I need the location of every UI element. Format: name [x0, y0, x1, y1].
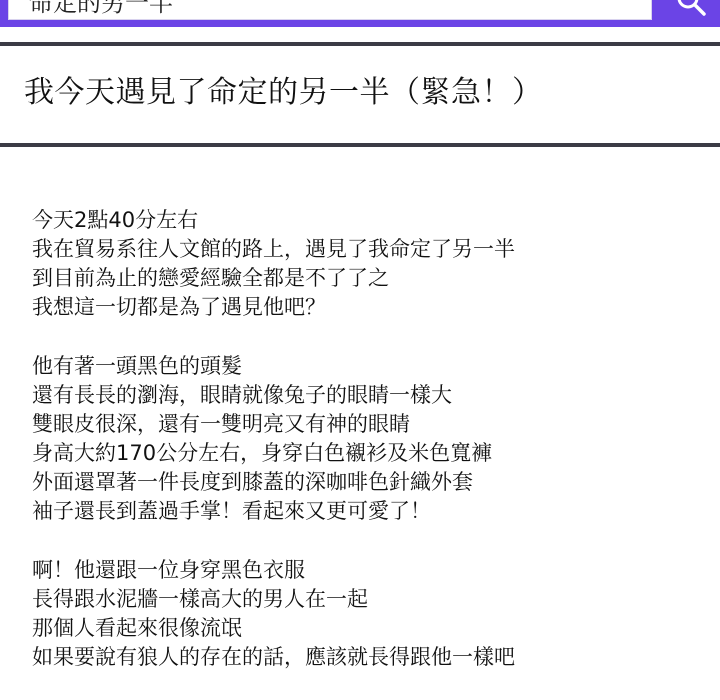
divider-bottom — [0, 143, 720, 147]
body-line: 我想這一切都是為了遇見他吧？ — [32, 293, 692, 322]
post-body: 今天2點40分左右 我在貿易系往人文館的路上，遇見了我命定了另一半 到目前為止的… — [32, 206, 692, 700]
search-icon[interactable] — [676, 0, 706, 16]
body-line: 袖子還長到蓋過手掌！看起來又更可愛了！ — [32, 497, 692, 526]
search-input[interactable]: 命定的另一半 — [8, 0, 652, 20]
body-line: 他有著一頭黑色的頭髮 — [32, 352, 692, 381]
post-title: 我今天遇見了命定的另一半（緊急！） — [24, 73, 543, 113]
body-line: 雙眼皮很深，還有一雙明亮又有神的眼睛 — [32, 410, 692, 439]
divider-top — [0, 42, 720, 46]
body-line: 那個人看起來很像流氓 — [32, 614, 692, 643]
paragraph-2: 他有著一頭黑色的頭髮 還有長長的瀏海，眼睛就像兔子的眼睛一樣大 雙眼皮很深，還有… — [32, 352, 692, 526]
paragraph-1: 今天2點40分左右 我在貿易系往人文館的路上，遇見了我命定了另一半 到目前為止的… — [32, 206, 692, 322]
body-line: 身高大約170公分左右，身穿白色襯衫及米色寬褲 — [32, 439, 692, 468]
body-line: 還有長長的瀏海，眼睛就像兔子的眼睛一樣大 — [32, 381, 692, 410]
paragraph-3: 啊！他還跟一位身穿黑色衣服 長得跟水泥牆一樣高大的男人在一起 那個人看起來很像流… — [32, 556, 692, 672]
body-line: 如果要說有狼人的存在的話，應該就長得跟他一樣吧 — [32, 643, 692, 672]
body-line: 今天2點40分左右 — [32, 206, 692, 235]
body-line: 我在貿易系往人文館的路上，遇見了我命定了另一半 — [32, 235, 692, 264]
body-line: 到目前為止的戀愛經驗全都是不了了之 — [32, 264, 692, 293]
body-line: 外面還罩著一件長度到膝蓋的深咖啡色針織外套 — [32, 468, 692, 497]
body-line: 長得跟水泥牆一樣高大的男人在一起 — [32, 585, 692, 614]
search-bar: 命定的另一半 — [0, 0, 720, 27]
body-line: 啊！他還跟一位身穿黑色衣服 — [32, 556, 692, 585]
